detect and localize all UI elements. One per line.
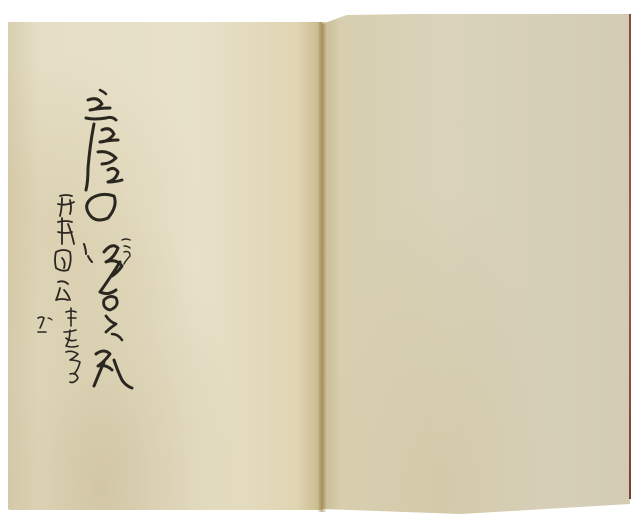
book-spine: [318, 22, 326, 512]
right-page: [322, 14, 630, 514]
open-book: 近江国湖水八景 山月 蕭載圓名 半逸亭 ナニ: [0, 0, 640, 531]
left-page: [8, 22, 322, 510]
page-edge: [629, 14, 631, 499]
